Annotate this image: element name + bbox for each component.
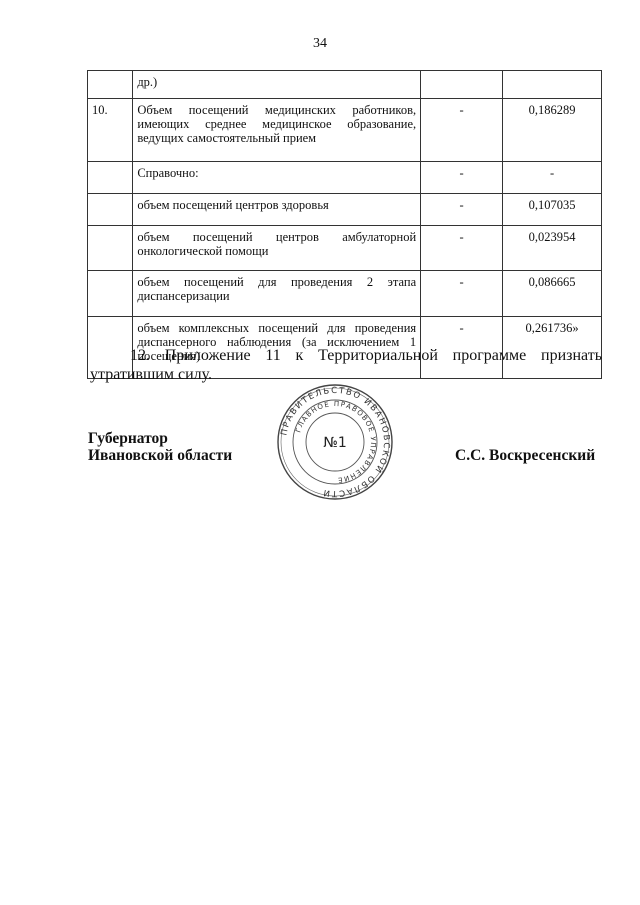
row-description: объем посещений для проведения 2 этапа д… xyxy=(133,271,420,308)
row-col4-value: 0,107035 xyxy=(503,194,601,212)
signatory-title-line1: Губернатор xyxy=(88,430,232,447)
row-col3-value: - xyxy=(421,226,502,244)
amendment-paragraph: 12. Приложение 11 к Территориальной прог… xyxy=(90,346,602,384)
row-col4-value: 0,023954 xyxy=(503,226,601,244)
page-number: 34 xyxy=(0,36,640,52)
table-row: объем посещений центров амбулаторной онк… xyxy=(88,226,602,271)
signatory-title-line2: Ивановской области xyxy=(88,447,232,464)
row-col3-value: - xyxy=(421,194,502,212)
signatory-name: С.С. Воскресенский xyxy=(455,447,595,464)
row-number xyxy=(88,271,133,317)
row-description: др.) xyxy=(133,71,420,94)
row-col4-value xyxy=(503,71,601,75)
row-col4-value: 0,086665 xyxy=(503,271,601,289)
table-row: объем посещений для проведения 2 этапа д… xyxy=(88,271,602,317)
row-description: Объем посещений медицинских работников, … xyxy=(133,99,420,150)
row-col3-value xyxy=(421,71,502,75)
row-number xyxy=(88,71,133,99)
row-number xyxy=(88,226,133,271)
row-description: Справочно: xyxy=(133,162,420,185)
row-col3-value: - xyxy=(421,162,502,180)
row-number xyxy=(88,194,133,226)
volume-table: др.) 10. Объем посещений медицинских раб… xyxy=(87,70,602,379)
table-row: объем посещений центров здоровья - 0,107… xyxy=(88,194,602,226)
row-description: объем посещений центров амбулаторной онк… xyxy=(133,226,420,263)
official-seal-stamp: ПРАВИТЕЛЬСТВО ИВАНОВСКОЙ ОБЛАСТИ ГЛАВНОЕ… xyxy=(270,383,400,501)
row-number: 10. xyxy=(88,99,133,162)
row-col3-value: - xyxy=(421,99,502,117)
row-col4-value: - xyxy=(503,162,601,180)
stamp-center-number: №1 xyxy=(323,435,346,451)
row-number xyxy=(88,162,133,194)
signatory-title: Губернатор Ивановской области xyxy=(88,430,232,464)
table-row: Справочно: - - xyxy=(88,162,602,194)
row-col3-value: - xyxy=(421,271,502,289)
row-col4-value: 0,186289 xyxy=(503,99,601,117)
row-description: объем посещений центров здоровья xyxy=(133,194,420,217)
table-row: 10. Объем посещений медицинских работник… xyxy=(88,99,602,162)
row-col3-value: - xyxy=(421,317,502,335)
table-row: др.) xyxy=(88,71,602,99)
row-col4-value: 0,261736» xyxy=(503,317,601,335)
